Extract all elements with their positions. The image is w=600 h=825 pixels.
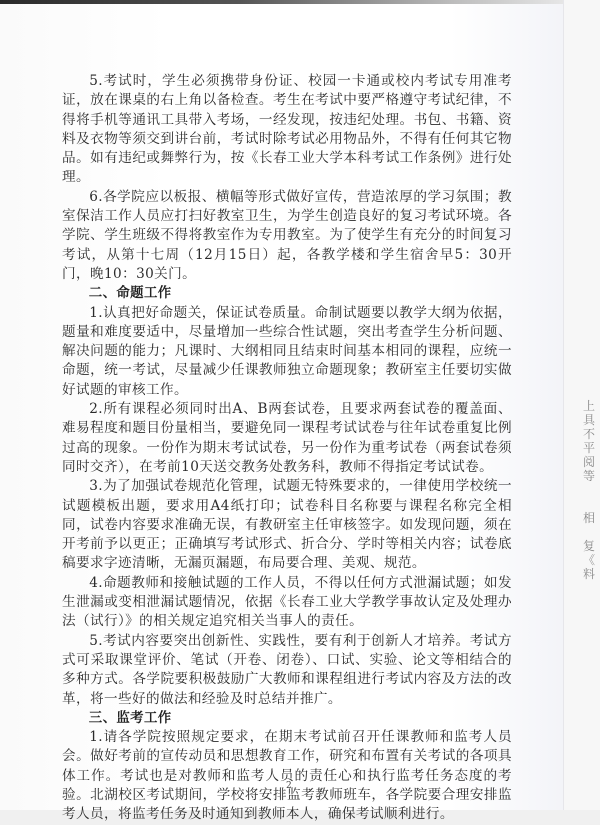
bleed-char [580,484,598,498]
bleed-char: 《 [580,554,598,568]
adjacent-page-bleed-text: 上具不平阅等相复《料 [580,400,598,582]
bleed-char: 不 [580,428,598,442]
bleed-char: 平 [580,442,598,456]
bleed-char: 复 [580,540,598,554]
bleed-char: 相 [580,512,598,526]
section-heading-invigilation: 三、监考工作 [62,709,512,728]
paragraph-question-quality: 1.认真把好命题关，保证试卷质量。命制试题要以教学大纲为依据，题量和难度要适中，… [62,304,512,400]
section-heading-question-setting: 二、命题工作 [62,284,512,303]
document-body: 5.考试时，学生必须携带身份证、校园一卡通或校内考试专用准考证，放在课桌的右上角… [62,72,512,825]
bleed-char: 具 [580,414,598,428]
paragraph-exam-id-rules: 5.考试时，学生必须携带身份证、校园一卡通或校内考试专用准考证，放在课桌的右上角… [62,72,512,188]
paragraph-invigilation-meeting: 1.请各学院按照规定要求，在期末考试前召开任课教师和监考人员会。做好考前的宣传动… [62,728,512,824]
bleed-char: 料 [580,568,598,582]
paragraph-exam-innovation: 5.考试内容要突出创新性、实践性，要有利于创新人才培养。考试方式可采取课堂评价、… [62,632,512,709]
bleed-char: 上 [580,400,598,414]
paragraph-publicity-rules: 6.各学院应以板报、横幅等形式做好宣传，营造浓厚的学习氛围；教室保洁工作人员应打… [62,188,512,284]
paragraph-paper-standardization: 3.为了加强试卷规范化管理，试题无特殊要求的，一律使用学校统一试题模板出题，要求… [62,477,512,573]
bleed-char: 阅 [580,456,598,470]
paragraph-ab-papers: 2.所有课程必须同时出A、B两套试卷，且要求两套试卷的覆盖面、难易程度和题目份量… [62,400,512,477]
page-number: 2 [286,781,292,791]
bleed-char [580,498,598,512]
paragraph-confidentiality: 4.命题教师和接触试题的工作人员，不得以任何方式泄漏试题；如发生泄漏或变相泄漏试… [62,574,512,632]
bleed-char: 等 [580,470,598,484]
bleed-char [580,526,598,540]
